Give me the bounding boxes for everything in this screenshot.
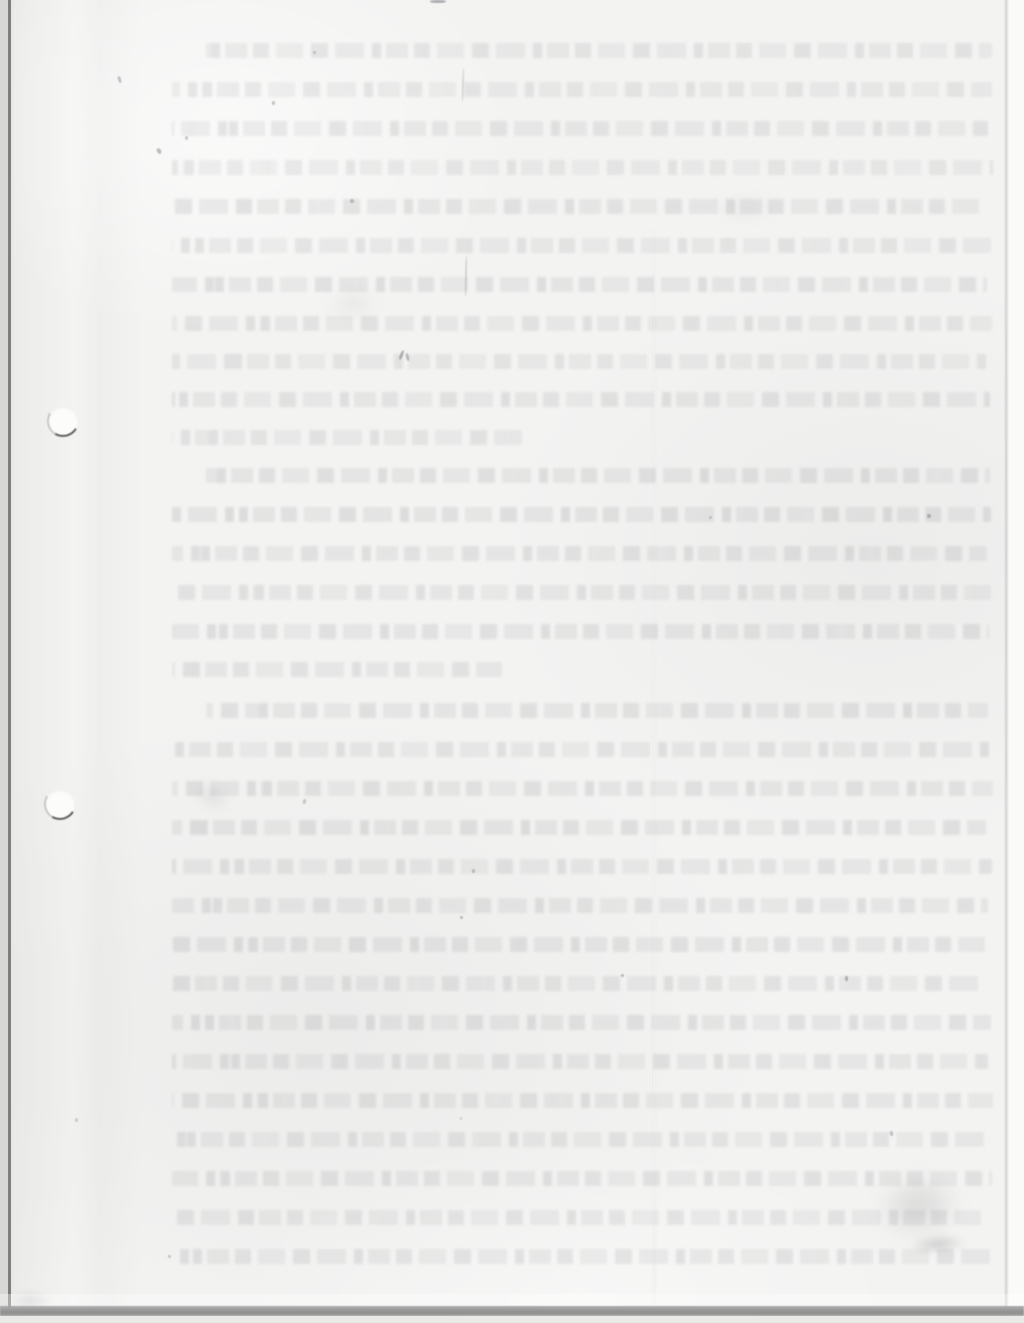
faded-text-line xyxy=(172,742,990,757)
ink-speck xyxy=(75,1118,78,1122)
faded-text-line xyxy=(206,43,992,58)
ink-speck xyxy=(709,516,712,519)
faded-text-line xyxy=(172,820,986,835)
faded-text-line xyxy=(172,1132,987,1147)
faded-text-line xyxy=(172,859,992,874)
faded-text-line xyxy=(172,1015,991,1030)
page-right-edge xyxy=(1004,0,1024,1323)
faded-text-line xyxy=(172,507,991,522)
scanned-document-page xyxy=(0,0,1024,1323)
ink-speck xyxy=(156,147,162,154)
faded-text-line xyxy=(172,316,992,331)
faded-text-line xyxy=(172,199,984,214)
ink-speck xyxy=(350,199,354,203)
faded-text-line xyxy=(172,624,989,639)
faded-text-line xyxy=(172,160,993,175)
faded-text-line xyxy=(172,392,990,407)
hole-punch xyxy=(48,406,78,436)
faded-text-line xyxy=(172,585,993,600)
faded-text-line xyxy=(172,277,987,292)
ink-speck xyxy=(430,0,446,3)
ink-speck xyxy=(460,1117,462,1120)
smudge-mark xyxy=(177,765,247,828)
faded-text-line xyxy=(206,468,990,483)
scanner-background-below-page xyxy=(0,1316,1024,1323)
ink-speck xyxy=(168,1255,171,1258)
ink-speck xyxy=(302,799,307,805)
ink-speck xyxy=(621,974,624,977)
ink-speck xyxy=(845,976,848,981)
faded-text-line xyxy=(172,1171,992,1186)
ink-speck xyxy=(472,869,475,873)
ink-speck xyxy=(927,514,931,518)
faded-text-line xyxy=(172,781,993,796)
faded-text-line xyxy=(172,82,992,97)
ink-speck xyxy=(313,51,316,54)
ink-speck xyxy=(460,916,463,919)
faded-text-line xyxy=(172,898,988,913)
ink-speck xyxy=(117,76,122,84)
faded-text-line xyxy=(172,238,991,253)
page-left-edge xyxy=(0,0,14,1312)
faded-text-line xyxy=(172,430,522,445)
page-bottom-light-strip xyxy=(0,1294,1024,1306)
page-bottom-edge-shadow xyxy=(0,1306,1024,1316)
faded-text-line xyxy=(172,1093,993,1108)
hole-punch xyxy=(45,789,75,819)
faded-text-line xyxy=(172,937,992,952)
faded-text-line xyxy=(172,546,987,561)
faded-text-line xyxy=(172,1054,988,1069)
faded-text-line xyxy=(206,703,988,718)
smudge-mark xyxy=(850,1148,988,1264)
faded-text-line xyxy=(172,354,986,369)
faded-text-line xyxy=(172,1210,984,1225)
faded-text-line xyxy=(172,662,502,677)
faded-text-line xyxy=(172,976,985,991)
ink-speck xyxy=(185,136,188,140)
faded-text-line xyxy=(172,1249,990,1264)
faded-text-line xyxy=(172,121,988,136)
ink-speck xyxy=(272,101,275,105)
